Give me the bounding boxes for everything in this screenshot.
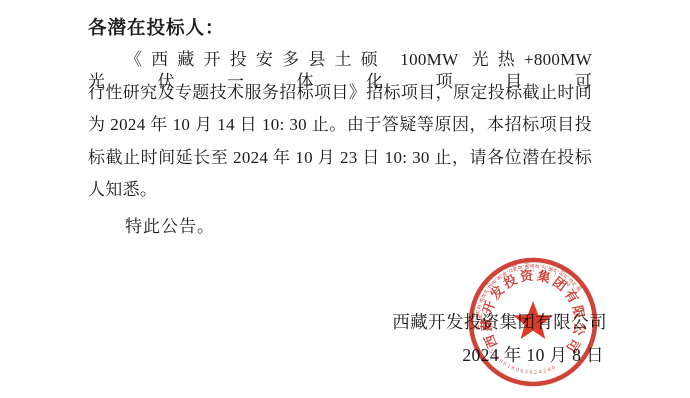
signature-date: 2024 年 10 月 8 日 — [462, 342, 604, 367]
body-line-2: 行性研究及专题技术服务招标项目》招标项目，原定投标截止时间 — [88, 82, 592, 104]
body-line-3: 为 2024 年 10 月 14 日 10: 30 止。由于答疑等原因，本招标项… — [88, 114, 592, 136]
signature-company-name: 西藏开发投资集团有限公司 — [392, 309, 607, 334]
notice-document-page: 各潜在投标人： 《西藏开投安多县土硕 100MW 光热+800MW 光伏一体化项… — [0, 0, 690, 398]
salutation-line: 各潜在投标人： — [88, 14, 225, 40]
closing-line: 特此公告。 — [125, 212, 215, 237]
body-line-4: 标截止时间延长至 2024 年 10 月 23 日 10: 30 止，请各位潜在… — [88, 147, 592, 169]
body-line-5: 人知悉。 — [88, 179, 592, 201]
